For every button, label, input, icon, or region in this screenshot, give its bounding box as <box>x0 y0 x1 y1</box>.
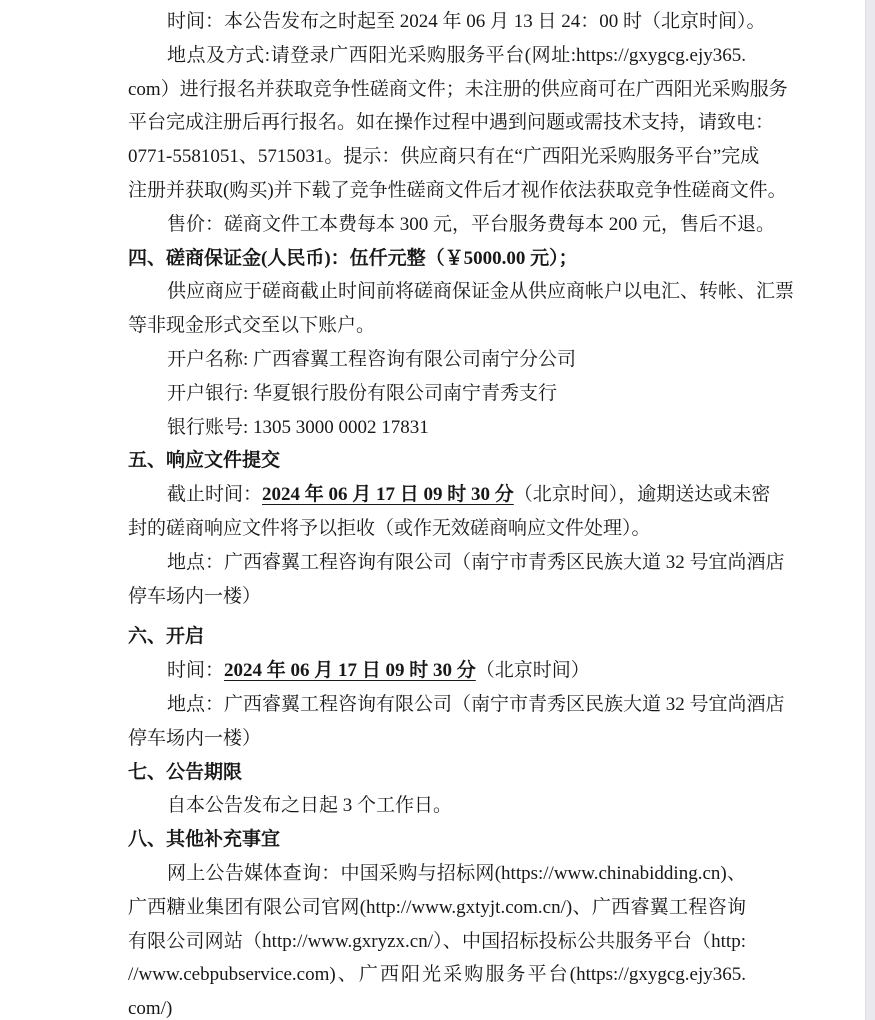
document-text-column: 时间：本公告发布之时起至 2024 年 06 月 13 日 24：00 时（北京… <box>128 5 746 1020</box>
text-segment: 自本公告发布之日起 3 个工作日。 <box>167 795 452 816</box>
doc-line: 时间：2024 年 06 月 17 日 09 时 30 分（北京时间） <box>128 654 746 688</box>
underlined-date-text: 2024 年 06 月 17 日 09 时 30 分 <box>262 484 514 505</box>
text-segment: 截止时间： <box>167 484 262 505</box>
text-segment: 平台完成注册后再行报名。如在操作过程中遇到问题或需技术支持，请致电： <box>128 112 774 133</box>
doc-line: com/) <box>128 992 746 1020</box>
text-segment: 六、开启 <box>128 626 204 647</box>
text-segment: 地点及方式:请登录广西阳光采购服务平台(网址:https://gxygcg.ej… <box>167 45 746 66</box>
doc-line: //www.cebpubservice.com)、广西阳光采购服务平台(http… <box>128 958 746 992</box>
doc-line: 供应商应于磋商截止时间前将磋商保证金从供应商帐户以电汇、转帐、汇票 <box>128 275 746 309</box>
doc-line: 停车场内一楼） <box>128 722 746 756</box>
doc-line: com）进行报名并获取竞争性磋商文件；未注册的供应商可在广西阳光采购服务 <box>128 73 746 107</box>
doc-line: 地点及方式:请登录广西阳光采购服务平台(网址:https://gxygcg.ej… <box>128 39 746 73</box>
section-heading: 五、响应文件提交 <box>128 444 746 478</box>
text-segment: 供应商应于磋商截止时间前将磋商保证金从供应商帐户以电汇、转帐、汇票 <box>167 281 794 302</box>
doc-line: 注册并获取(购买)并下载了竞争性磋商文件后才视作依法获取竞争性磋商文件。 <box>128 174 746 208</box>
text-segment: com）进行报名并获取竞争性磋商文件；未注册的供应商可在广西阳光采购服务 <box>128 79 788 100</box>
text-segment: 停车场内一楼） <box>128 728 261 749</box>
text-segment: //www.cebpubservice.com)、广西阳光采购服务平台(http… <box>128 964 746 985</box>
doc-line: 停车场内一楼） <box>128 580 746 614</box>
text-segment: 地点：广西睿翼工程咨询有限公司（南宁市青秀区民族大道 32 号宜尚酒店 <box>167 694 785 715</box>
section-heading: 六、开启 <box>128 620 746 654</box>
doc-line: 0771-5581051、5715031。提示：供应商只有在“广西阳光采购服务平… <box>128 140 746 174</box>
doc-line: 开户名称: 广西睿翼工程咨询有限公司南宁分公司 <box>128 343 746 377</box>
doc-line: 售价：磋商文件工本费每本 300 元，平台服务费每本 200 元，售后不退。 <box>128 208 746 242</box>
text-segment: 五、响应文件提交 <box>128 450 280 471</box>
text-segment: 0771-5581051、5715031。提示：供应商只有在“广西阳光采购服务平… <box>128 146 759 167</box>
doc-line: 截止时间：2024 年 06 月 17 日 09 时 30 分（北京时间），逾期… <box>128 478 746 512</box>
text-segment: 开户银行: 华夏银行股份有限公司南宁青秀支行 <box>167 383 557 404</box>
scrollbar-track[interactable] <box>865 0 875 1020</box>
text-segment: 等非现金形式交至以下账户。 <box>128 315 375 336</box>
doc-line: 封的磋商响应文件将予以拒收（或作无效磋商响应文件处理）。 <box>128 512 746 546</box>
text-segment: 四、磋商保证金(人民币)：伍仟元整（￥5000.00 元）； <box>128 248 578 269</box>
doc-line: 广西糖业集团有限公司官网(http://www.gxtyjt.com.cn/)、… <box>128 891 746 925</box>
text-segment: （北京时间） <box>476 660 590 681</box>
doc-line: 自本公告发布之日起 3 个工作日。 <box>128 789 746 823</box>
text-segment: （北京时间），逾期送达或未密 <box>514 484 771 505</box>
doc-line: 时间：本公告发布之时起至 2024 年 06 月 13 日 24：00 时（北京… <box>128 5 746 39</box>
text-segment: 售价：磋商文件工本费每本 300 元，平台服务费每本 200 元，售后不退。 <box>167 214 775 235</box>
text-segment: 广西糖业集团有限公司官网(http://www.gxtyjt.com.cn/)、… <box>128 897 746 918</box>
section-heading: 七、公告期限 <box>128 756 746 790</box>
doc-line: 地点：广西睿翼工程咨询有限公司（南宁市青秀区民族大道 32 号宜尚酒店 <box>128 688 746 722</box>
text-segment: com/) <box>128 998 172 1019</box>
text-segment: 时间： <box>167 660 224 681</box>
text-segment: 停车场内一楼） <box>128 586 261 607</box>
document-page: 时间：本公告发布之时起至 2024 年 06 月 13 日 24：00 时（北京… <box>0 0 875 1020</box>
doc-line: 平台完成注册后再行报名。如在操作过程中遇到问题或需技术支持，请致电： <box>128 106 746 140</box>
doc-line: 等非现金形式交至以下账户。 <box>128 309 746 343</box>
text-segment: 时间：本公告发布之时起至 2024 年 06 月 13 日 24：00 时（北京… <box>167 11 766 32</box>
text-segment: 八、其他补充事宜 <box>128 829 280 850</box>
doc-line: 网上公告媒体查询：中国采购与招标网(https://www.chinabiddi… <box>128 857 746 891</box>
doc-line: 有限公司网站（http://www.gxryzx.cn/）、中国招标投标公共服务… <box>128 925 746 959</box>
underlined-date-text: 2024 年 06 月 17 日 09 时 30 分 <box>224 660 476 681</box>
text-segment: 开户名称: 广西睿翼工程咨询有限公司南宁分公司 <box>167 349 576 370</box>
text-segment: 注册并获取(购买)并下载了竞争性磋商文件后才视作依法获取竞争性磋商文件。 <box>128 180 787 201</box>
section-heading: 四、磋商保证金(人民币)：伍仟元整（￥5000.00 元）； <box>128 242 746 276</box>
text-segment: 有限公司网站（http://www.gxryzx.cn/）、中国招标投标公共服务… <box>128 931 746 952</box>
text-segment: 封的磋商响应文件将予以拒收（或作无效磋商响应文件处理）。 <box>128 518 651 539</box>
text-segment: 银行账号: 1305 3000 0002 17831 <box>167 417 429 438</box>
section-heading: 八、其他补充事宜 <box>128 823 746 857</box>
doc-line: 银行账号: 1305 3000 0002 17831 <box>128 411 746 445</box>
text-segment: 七、公告期限 <box>128 762 242 783</box>
text-segment: 地点：广西睿翼工程咨询有限公司（南宁市青秀区民族大道 32 号宜尚酒店 <box>167 552 785 573</box>
doc-line: 开户银行: 华夏银行股份有限公司南宁青秀支行 <box>128 377 746 411</box>
text-segment: 网上公告媒体查询：中国采购与招标网(https://www.chinabiddi… <box>167 863 746 884</box>
doc-line: 地点：广西睿翼工程咨询有限公司（南宁市青秀区民族大道 32 号宜尚酒店 <box>128 546 746 580</box>
